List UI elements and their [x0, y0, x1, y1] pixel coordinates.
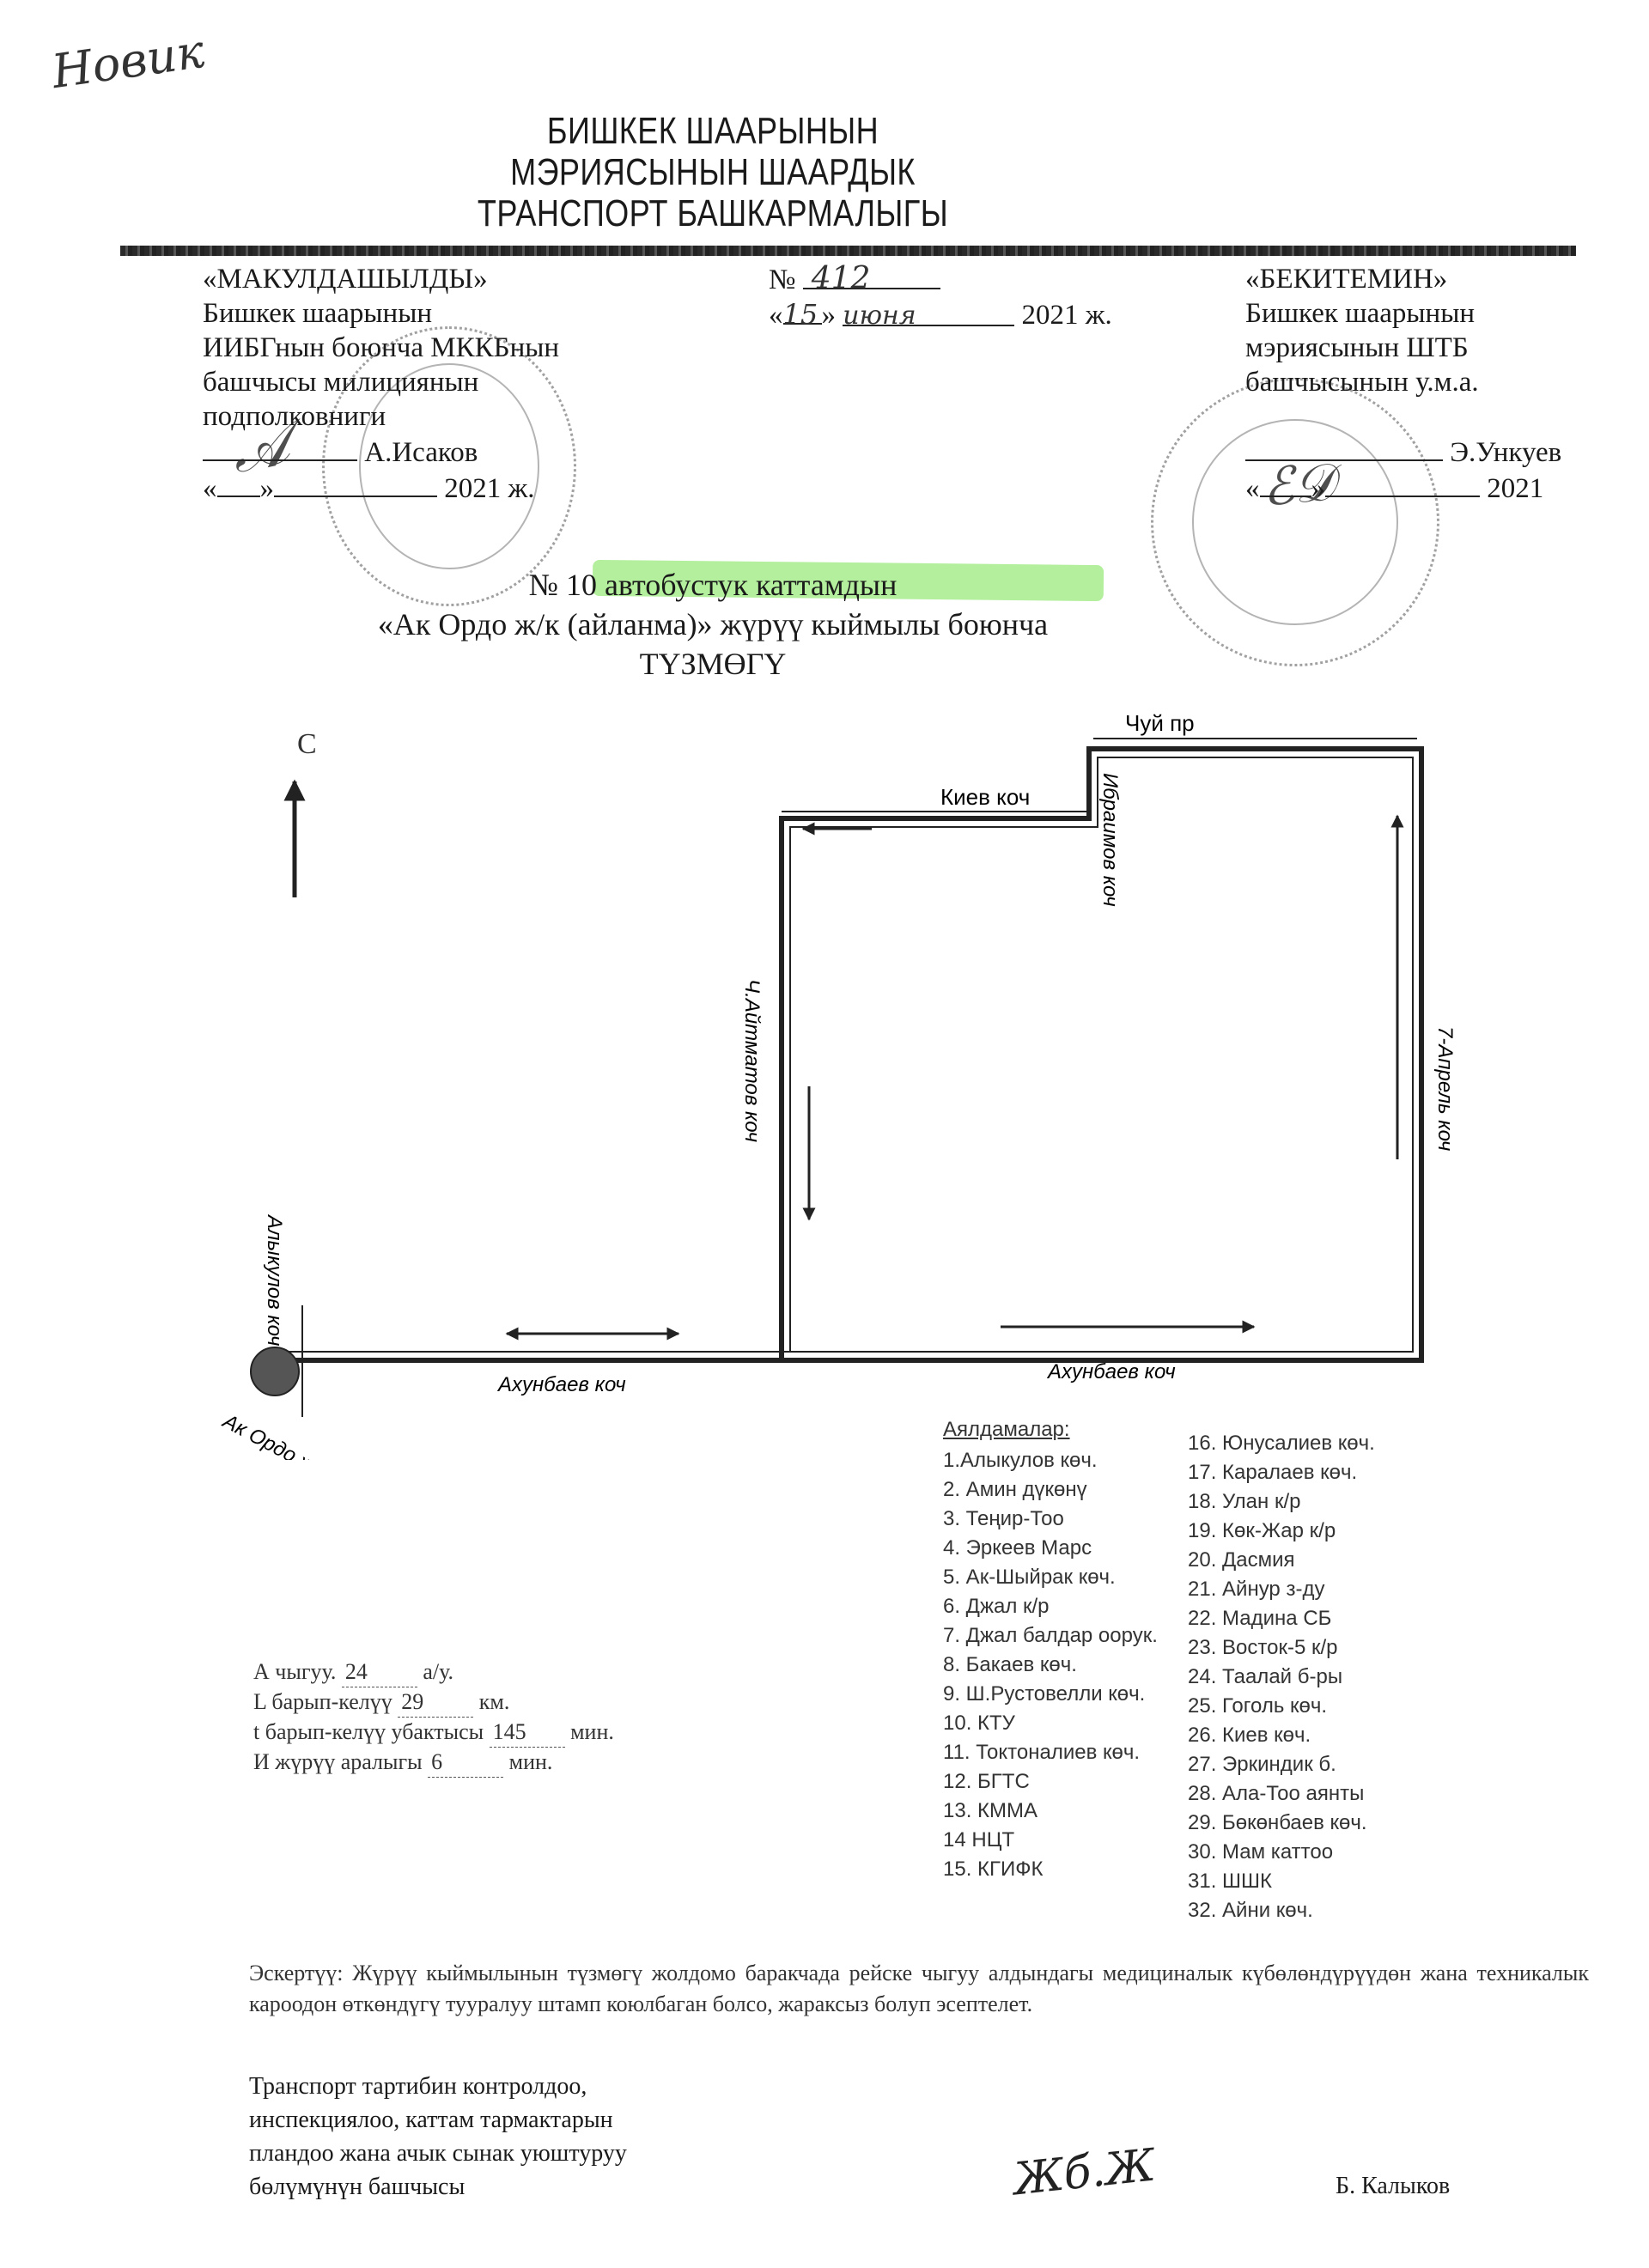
document-date-row: «15» июня 2021 ж.	[769, 297, 1181, 332]
north-label: С	[297, 728, 317, 760]
date-quote-close: »	[822, 300, 837, 331]
stat-unit: мин.	[570, 1719, 614, 1744]
street-label-ibraimov: Ибраимов коч	[1098, 773, 1122, 907]
org-name-line-2: МЭРИЯСЫНЫН ШААРДЫК	[128, 151, 1297, 194]
stop-item: 30. Мам каттоо	[1188, 1838, 1463, 1867]
stops-list: Аялдамалар: 1.Алыкулов көч.2. Амин дүкөн…	[943, 1415, 1596, 1444]
stop-item: 9. Ш.Рустовелли көч.	[943, 1680, 1201, 1709]
route-title-line-3: ТҮЗМӨГҮ	[0, 646, 1426, 682]
header-divider	[120, 246, 1576, 256]
document-number-row: № 412	[769, 262, 1181, 297]
stop-item: 3. Теңир-Тоо	[943, 1505, 1201, 1534]
date-quote-open: «	[203, 473, 217, 504]
terminus-label: Ак Ордо ж/к	[217, 1409, 332, 1460]
approval-agreed-heading: «МАКУЛДАШЫЛДЫ»	[203, 262, 684, 296]
approver-name: А.Исаков	[364, 437, 478, 468]
approval-confirmed-heading: «БЕКИТЕМИН»	[1245, 262, 1606, 296]
stat-value: 24	[342, 1657, 417, 1687]
approval-year: 2021	[1487, 473, 1543, 504]
stop-item: 7. Джал балдар оорук.	[943, 1621, 1201, 1651]
department-line: пландоо жана ачык сынак уюштуруу	[249, 2137, 627, 2170]
approver-signature-left: 𝒜	[226, 408, 295, 488]
approval-agreed-line: Бишкек шаарынын	[203, 296, 684, 331]
stop-item: 22. Мадина СБ	[1188, 1604, 1463, 1633]
stat-label: L барып-келүү	[253, 1689, 392, 1714]
stop-item: 27. Эркиндик б.	[1188, 1750, 1463, 1779]
approval-year: 2021 ж.	[444, 473, 534, 504]
route-map: С Чуй пр Киев коч Ибраимов коч Ч.Айтмато…	[0, 687, 1649, 1460]
stat-label: t барып-келүү убактысы	[253, 1719, 484, 1744]
route-path	[277, 739, 1421, 1360]
terminus-marker-icon	[251, 1347, 299, 1395]
approver-name: Э.Ункуев	[1450, 437, 1561, 468]
approval-confirmed-line: мэриясынын ШТБ	[1245, 331, 1606, 365]
street-label-aitmatov: Ч.Айтматов коч	[740, 979, 764, 1142]
street-label-7-april: 7-Апрель коч	[1433, 1026, 1457, 1151]
stop-item: 20. Дасмия	[1188, 1546, 1463, 1575]
stop-item: 14 НЦТ	[943, 1826, 1201, 1855]
stop-item: 17. Каралаев көч.	[1188, 1458, 1463, 1487]
stat-value: 6	[428, 1748, 503, 1778]
route-title-line-2: «Ак Ордо ж/к (айланма)» жүрүү кыймылы бо…	[0, 606, 1426, 642]
footnote-text: Жүрүү кыймылынын түзмөгү жолдомо баракча…	[249, 1961, 1589, 2016]
document-reference: № 412 «15» июня 2021 ж.	[769, 262, 1181, 332]
approval-agreed-line: ИИБГнын боюнча МККБнын	[203, 331, 684, 365]
department-line: Транспорт тартибин контролдоо,	[249, 2070, 627, 2103]
stop-item: 5. Ак-Шыйрак көч.	[943, 1563, 1201, 1592]
stop-item: 12. БГТС	[943, 1767, 1201, 1797]
approver-signature-right: ℰ𝒟	[1260, 452, 1337, 518]
department-line: инспекциялоо, каттам тармактарын	[249, 2103, 627, 2137]
stat-round-trip-time: t барып-келүү убактысы 145 мин.	[253, 1718, 614, 1748]
stop-item: 29. Бөкөнбаев көч.	[1188, 1809, 1463, 1838]
approval-confirmed-line: Бишкек шаарынын	[1245, 296, 1606, 331]
stat-label: И жүрүү аралыгы	[253, 1749, 423, 1774]
stop-item: 21. Айнур з-ду	[1188, 1575, 1463, 1604]
approval-confirmed-line: башчысынын у.м.а.	[1245, 365, 1606, 399]
document-month: июня	[843, 299, 1014, 326]
document-year: 2021 ж.	[1022, 300, 1112, 331]
document-day: 15	[783, 297, 822, 325]
signatory-signature: Жб.Ж	[1011, 2140, 1157, 2206]
stat-label: А чыгуу.	[253, 1659, 336, 1684]
stat-length: L барып-келүү 29 км.	[253, 1687, 614, 1718]
stop-item: 11. Токтоналиев көч.	[943, 1738, 1201, 1767]
stop-item: 24. Таалай б-ры	[1188, 1663, 1463, 1692]
date-quote-open: «	[1245, 473, 1260, 504]
route-stats: А чыгуу. 24 а/у. L барып-келүү 29 км. t …	[253, 1657, 614, 1778]
street-label-akhunbaev-west: Ахунбаев коч	[496, 1373, 626, 1396]
stop-item: 25. Гоголь көч.	[1188, 1692, 1463, 1721]
month-blank	[274, 470, 437, 497]
stop-item: 13. КММА	[943, 1797, 1201, 1826]
stops-column-2: 16. Юнусалиев көч.17. Каралаев көч.18. У…	[1188, 1429, 1463, 1925]
stop-item: 28. Ала-Тоо аянты	[1188, 1779, 1463, 1809]
month-blank	[1325, 470, 1480, 497]
direction-arrows	[507, 816, 1397, 1334]
stop-item: 19. Көк-Жар к/р	[1188, 1517, 1463, 1546]
stop-item: 23. Восток-5 к/р	[1188, 1633, 1463, 1663]
stop-item: 1.Алыкулов көч.	[943, 1446, 1201, 1475]
stop-item: 31. ШШК	[1188, 1867, 1463, 1896]
approval-agreed-line: башчысы милициянын	[203, 365, 684, 399]
stat-unit: а/у.	[423, 1659, 453, 1684]
street-label-kiev: Киев коч	[940, 784, 1030, 810]
document-number: 412	[803, 262, 940, 289]
number-label: №	[769, 264, 796, 295]
stat-interval: И жүрүү аралыгы 6 мин.	[253, 1748, 614, 1778]
street-label-akhunbaev-east: Ахунбаев коч	[1046, 1360, 1176, 1383]
footnote-label: Эскертүү:	[249, 1961, 343, 1985]
street-label-alykulov: Алыкулов коч	[263, 1213, 286, 1346]
department-line: бөлүмүнүн башчысы	[249, 2170, 627, 2204]
org-name-line-3: ТРАНСПОРТ БАШКАРМАЛЫГЫ	[128, 192, 1297, 235]
signatory-department: Транспорт тартибин контролдоо, инспекция…	[249, 2070, 627, 2204]
date-quote-open: «	[769, 300, 783, 331]
stop-item: 32. Айни көч.	[1188, 1896, 1463, 1925]
footnote: Эскертүү: Жүрүү кыймылынын түзмөгү жолдо…	[249, 1958, 1589, 2020]
stops-column-1: 1.Алыкулов көч.2. Амин дүкөнү3. Теңир-То…	[943, 1446, 1201, 1884]
stop-item: 10. КТУ	[943, 1709, 1201, 1738]
street-label-chui: Чуй пр	[1125, 710, 1195, 736]
stop-item: 8. Бакаев көч.	[943, 1651, 1201, 1680]
org-name-line-1: БИШКЕК ШААРЫНЫН	[128, 110, 1297, 153]
handwritten-note: Новик	[48, 24, 207, 99]
stop-item: 16. Юнусалиев көч.	[1188, 1429, 1463, 1458]
stat-unit: км.	[479, 1689, 510, 1714]
route-title-line-1: № 10 автобустук каттамдын	[0, 567, 1426, 603]
stat-value: 145	[490, 1718, 565, 1748]
signatory-name: Б. Калыков	[1336, 2173, 1450, 2200]
stop-item: 26. Киев көч.	[1188, 1721, 1463, 1750]
stat-buses: А чыгуу. 24 а/у.	[253, 1657, 614, 1687]
stop-item: 18. Улан к/р	[1188, 1487, 1463, 1517]
stop-item: 2. Амин дүкөнү	[943, 1475, 1201, 1505]
stat-value: 29	[398, 1687, 473, 1718]
stop-item: 4. Эркеев Марс	[943, 1534, 1201, 1563]
stop-item: 15. КГИФК	[943, 1855, 1201, 1884]
stat-unit: мин.	[509, 1749, 553, 1774]
stop-item: 6. Джал к/р	[943, 1592, 1201, 1621]
